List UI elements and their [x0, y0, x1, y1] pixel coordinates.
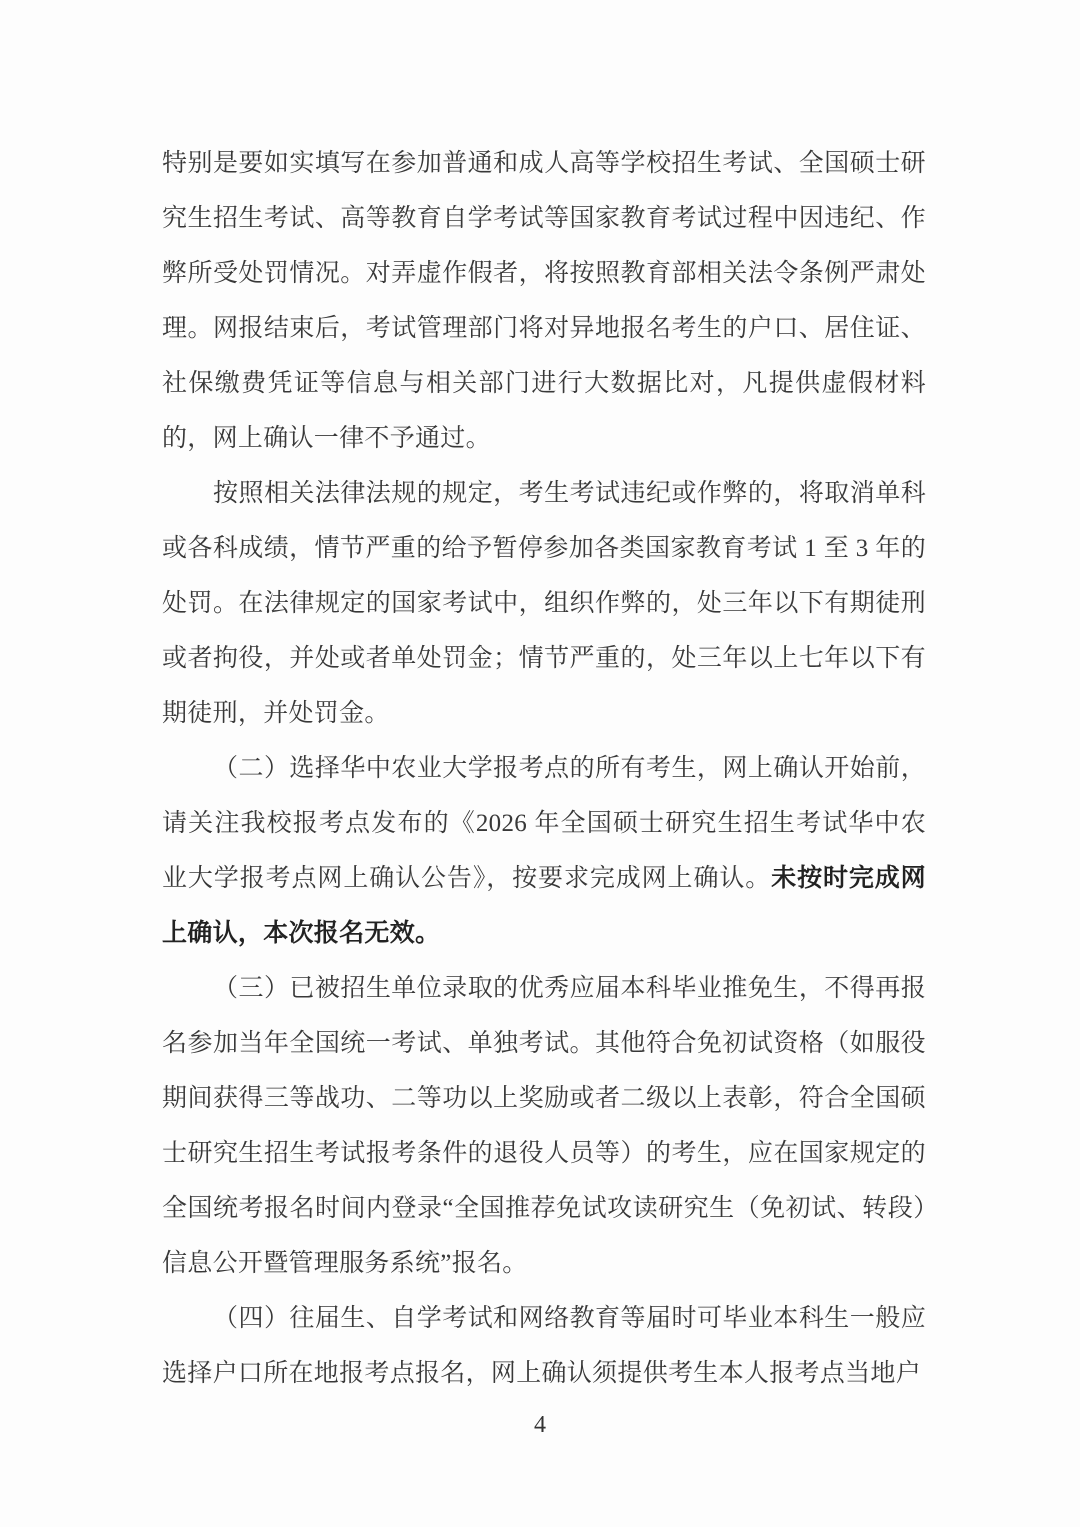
paragraph-item-3: （三）已被招生单位录取的优秀应届本科毕业推免生，不得再报名参加当年全国统一考试、…	[162, 961, 926, 1291]
paragraph-text: 特别是要如实填写在参加普通和成人高等学校招生考试、全国硕士研究生招生考试、高等教…	[162, 150, 926, 452]
page-number: 4	[0, 1410, 1080, 1440]
paragraph-text: （三）已被招生单位录取的优秀应届本科毕业推免生，不得再报名参加当年全国统一考试、…	[162, 975, 926, 1277]
paragraph-penalties: 按照相关法律法规的规定，考生考试违纪或作弊的，将取消单科或各科成绩，情节严重的给…	[162, 466, 926, 741]
paragraph-item-2: （二）选择华中农业大学报考点的所有考生，网上确认开始前，请关注我校报考点发布的《…	[162, 741, 926, 961]
paragraph-text: 按照相关法律法规的规定，考生考试违纪或作弊的，将取消单科或各科成绩，情节严重的给…	[162, 480, 926, 727]
paragraph-continuation: 特别是要如实填写在参加普通和成人高等学校招生考试、全国硕士研究生招生考试、高等教…	[162, 136, 926, 466]
paragraph-item-4: （四）往届生、自学考试和网络教育等届时可毕业本科生一般应选择户口所在地报考点报名…	[162, 1291, 926, 1401]
document-body: 特别是要如实填写在参加普通和成人高等学校招生考试、全国硕士研究生招生考试、高等教…	[162, 136, 926, 1401]
document-page: 特别是要如实填写在参加普通和成人高等学校招生考试、全国硕士研究生招生考试、高等教…	[0, 0, 1080, 1527]
paragraph-text: （四）往届生、自学考试和网络教育等届时可毕业本科生一般应选择户口所在地报考点报名…	[162, 1305, 926, 1387]
